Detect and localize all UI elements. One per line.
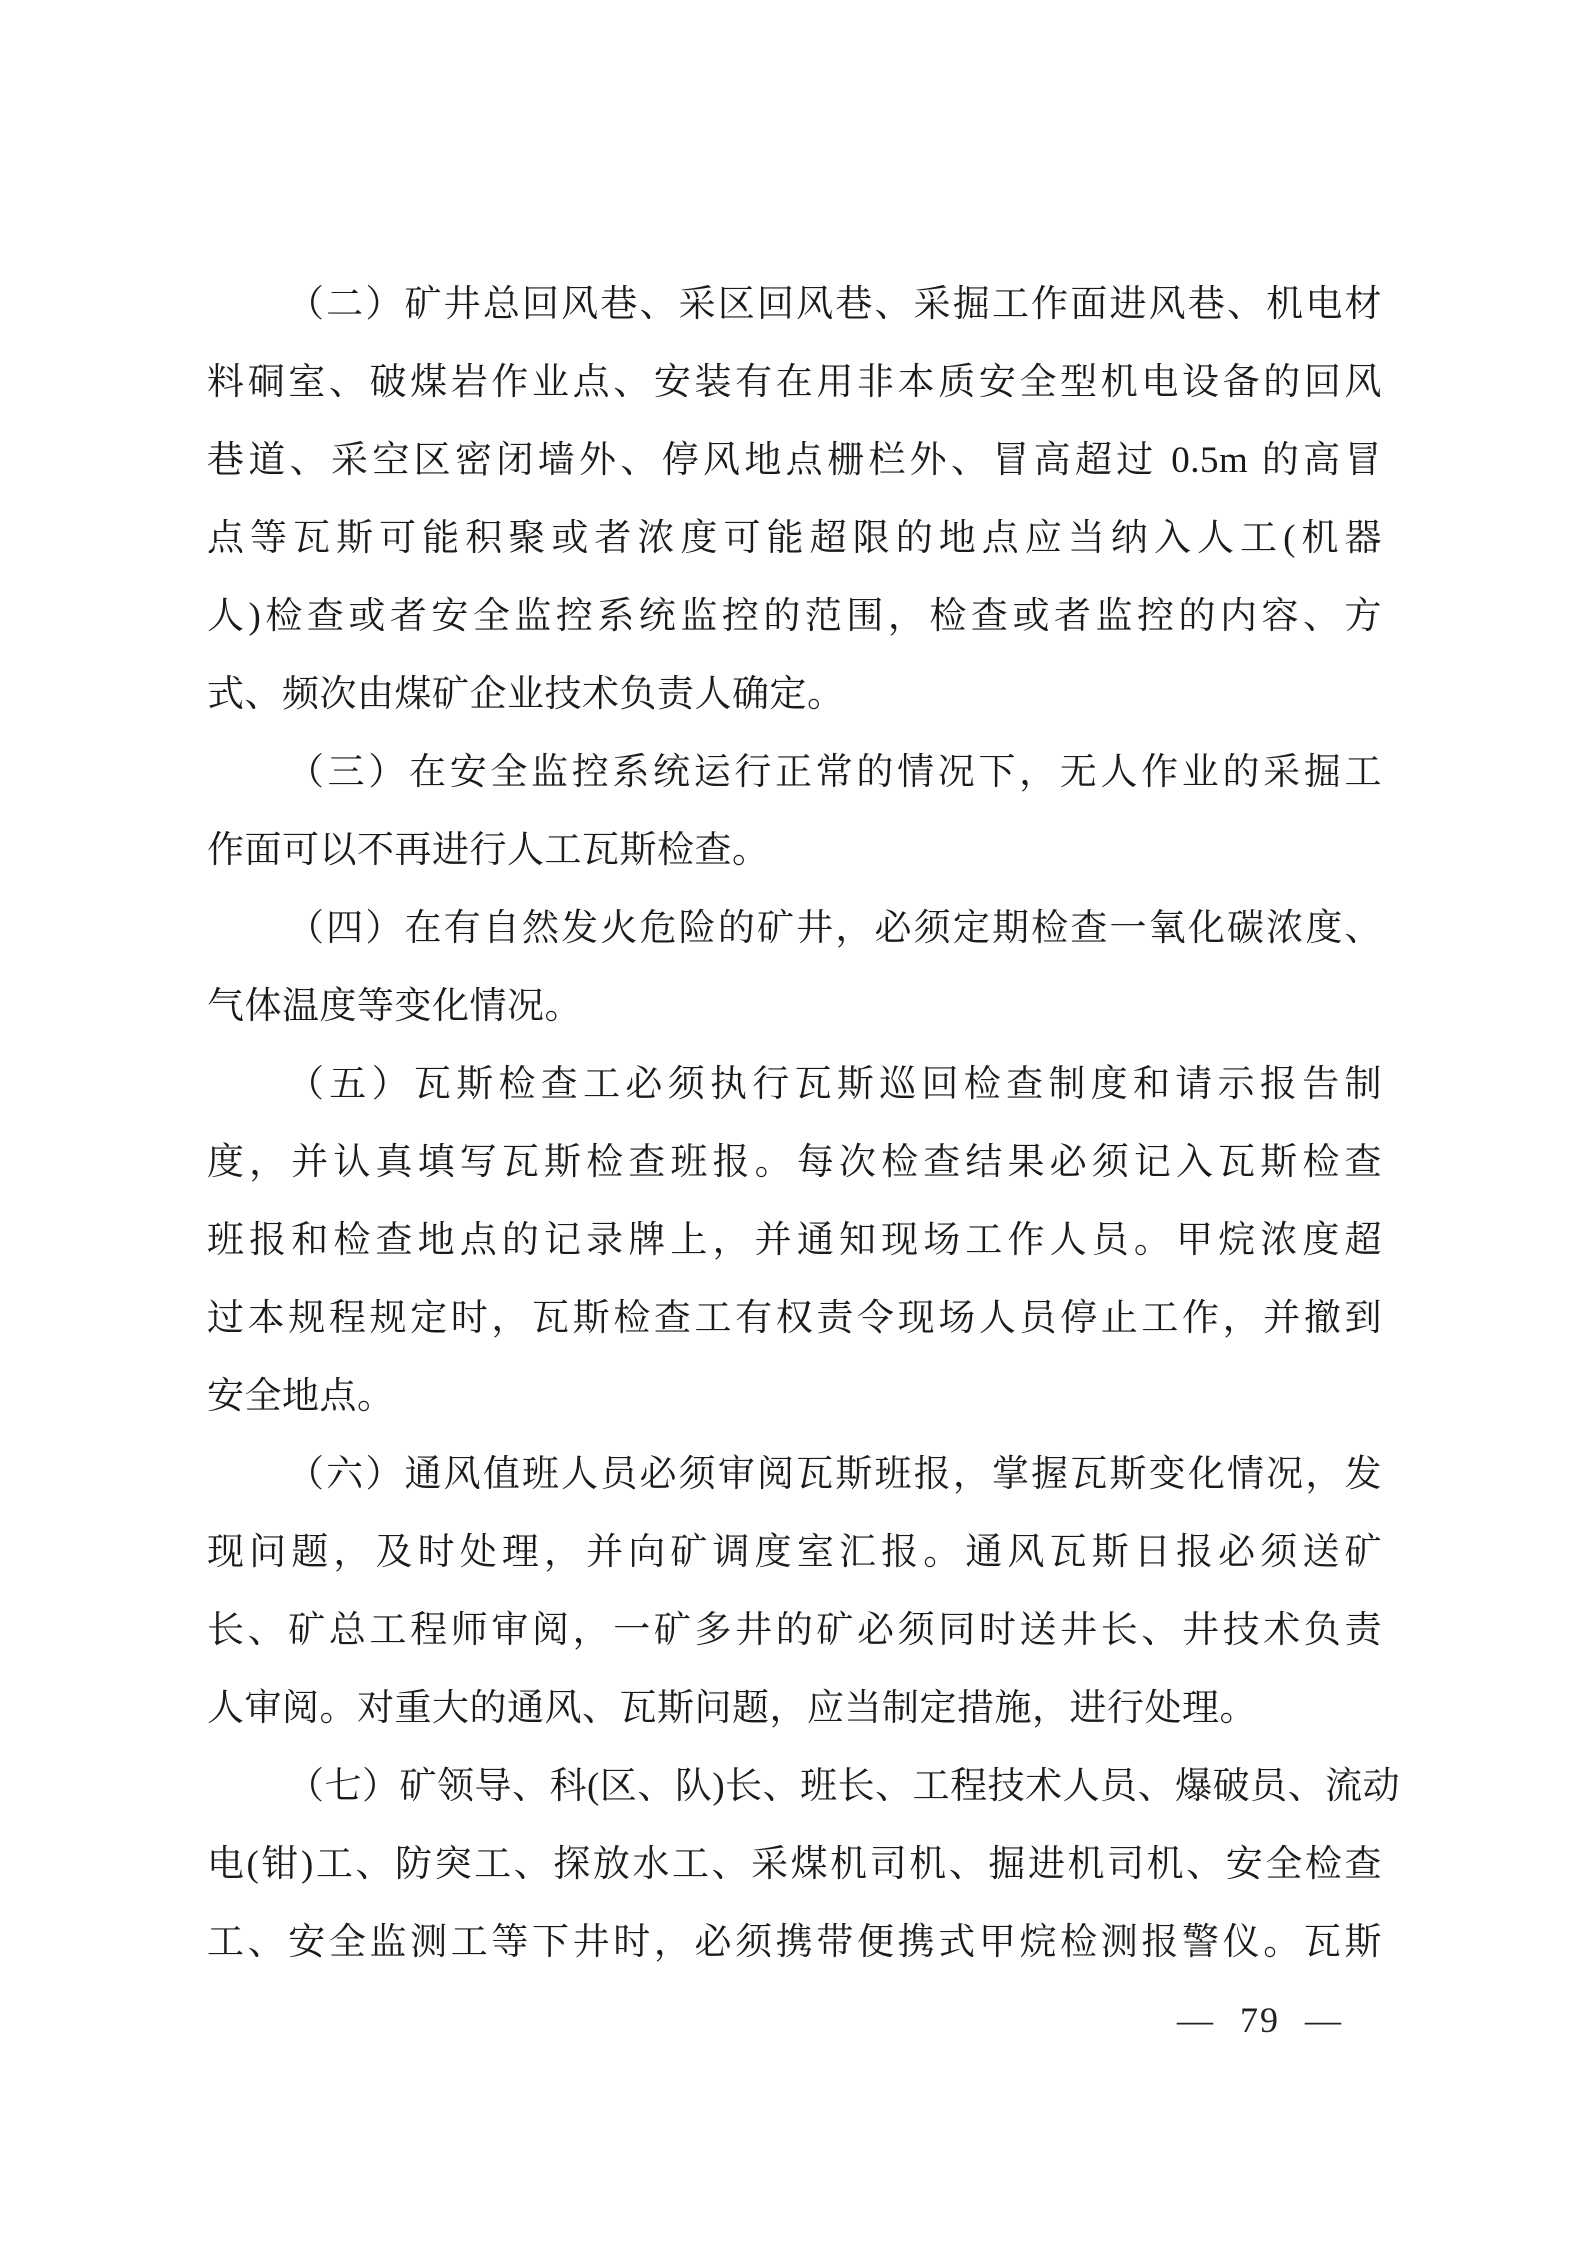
text-line: （四）在有自然发火危险的矿井，必须定期检查一氧化碳浓度、 [207, 890, 1382, 968]
text-line: （七）矿领导、科(区、队)长、班长、工程技术人员、爆破员、流动 [207, 1748, 1382, 1826]
text-line: 料硐室、破煤岩作业点、安装有在用非本质安全型机电设备的回风 [207, 344, 1382, 422]
text-line: 长、矿总工程师审阅，一矿多井的矿必须同时送井长、井技术负责 [207, 1592, 1382, 1670]
text-line: 气体温度等变化情况。 [207, 968, 1382, 1046]
document-page: （二）矿井总回风巷、采区回风巷、采掘工作面进风巷、机电材 料硐室、破煤岩作业点、… [0, 0, 1587, 2245]
text-line: 电(钳)工、防突工、探放水工、采煤机司机、掘进机司机、安全检查 [207, 1826, 1382, 1904]
text-line: 现问题，及时处理，并向矿调度室汇报。通风瓦斯日报必须送矿 [207, 1514, 1382, 1592]
text-line: 班报和检查地点的记录牌上，并通知现场工作人员。甲烷浓度超 [207, 1202, 1382, 1280]
text-line: 人)检查或者安全监控系统监控的范围，检查或者监控的内容、方 [207, 578, 1382, 656]
text-line: （二）矿井总回风巷、采区回风巷、采掘工作面进风巷、机电材 [207, 266, 1382, 344]
text-block: （二）矿井总回风巷、采区回风巷、采掘工作面进风巷、机电材 料硐室、破煤岩作业点、… [207, 266, 1382, 1982]
text-line: 工、安全监测工等下井时，必须携带便携式甲烷检测报警仪。瓦斯 [207, 1904, 1382, 1982]
text-line: 式、频次由煤矿企业技术负责人确定。 [207, 656, 1382, 734]
text-line: 作面可以不再进行人工瓦斯检查。 [207, 812, 1382, 890]
page-number: — 79 — [1160, 1996, 1360, 2044]
text-line: （三）在安全监控系统运行正常的情况下，无人作业的采掘工 [207, 734, 1382, 812]
text-line: 人审阅。对重大的通风、瓦斯问题，应当制定措施，进行处理。 [207, 1670, 1382, 1748]
text-line: 度，并认真填写瓦斯检查班报。每次检查结果必须记入瓦斯检查 [207, 1124, 1382, 1202]
text-line: 点等瓦斯可能积聚或者浓度可能超限的地点应当纳入人工(机器 [207, 500, 1382, 578]
text-line: 过本规程规定时，瓦斯检查工有权责令现场人员停止工作，并撤到 [207, 1280, 1382, 1358]
text-line: 安全地点。 [207, 1358, 1382, 1436]
text-line: 巷道、采空区密闭墙外、停风地点栅栏外、冒高超过 0.5m 的高冒 [207, 422, 1382, 500]
text-line: （五）瓦斯检查工必须执行瓦斯巡回检查制度和请示报告制 [207, 1046, 1382, 1124]
text-line: （六）通风值班人员必须审阅瓦斯班报，掌握瓦斯变化情况，发 [207, 1436, 1382, 1514]
